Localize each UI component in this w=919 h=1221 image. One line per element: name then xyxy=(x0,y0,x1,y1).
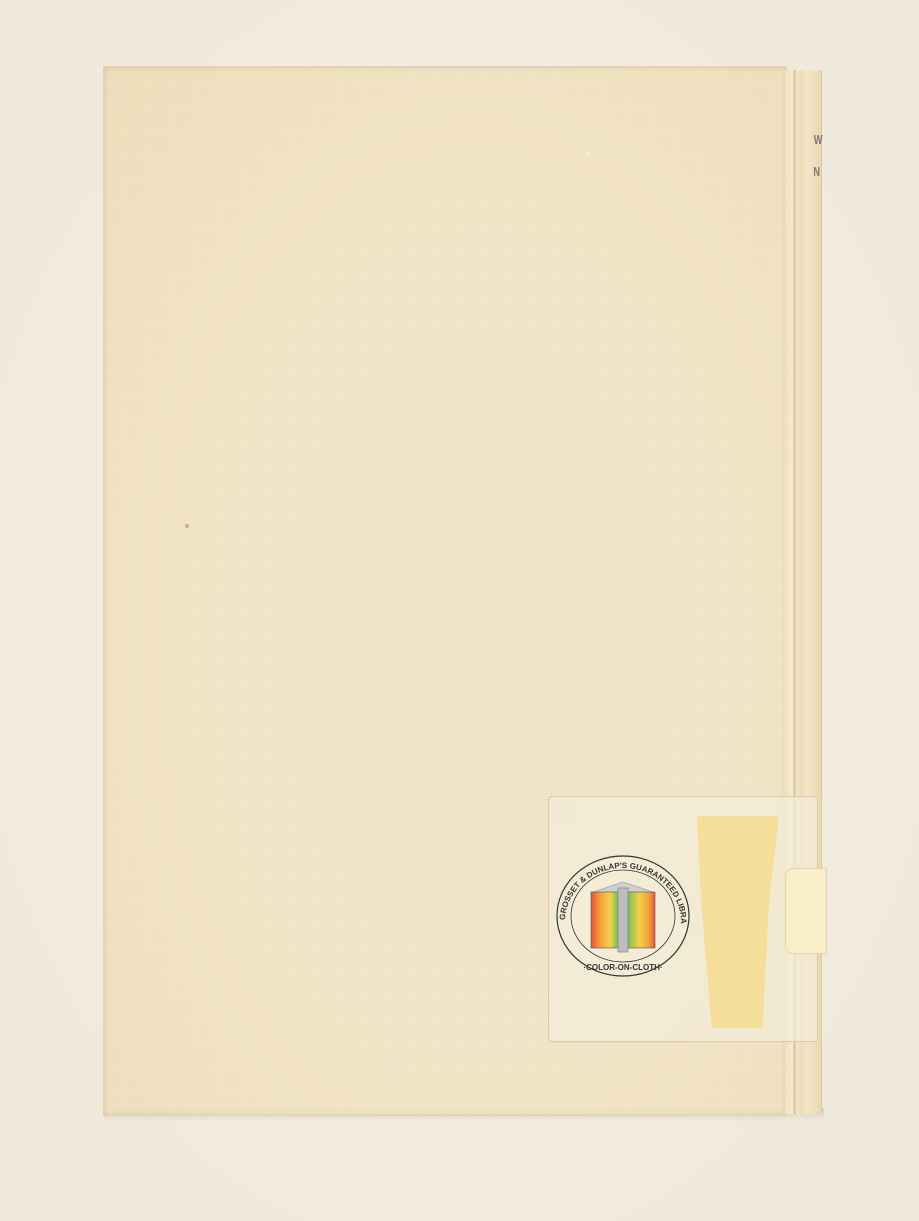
speck xyxy=(185,524,189,528)
speck xyxy=(586,152,590,156)
binding-emblem: GROSSET & DUNLAP'S GUARANTEED LIBRARY BI… xyxy=(553,852,693,982)
spine-letter: N xyxy=(813,164,820,179)
spine-letter: W xyxy=(814,132,823,147)
spine-tab xyxy=(785,868,827,954)
emblem-bottom-text: ·COLOR-ON-CLOTH· xyxy=(583,963,662,972)
